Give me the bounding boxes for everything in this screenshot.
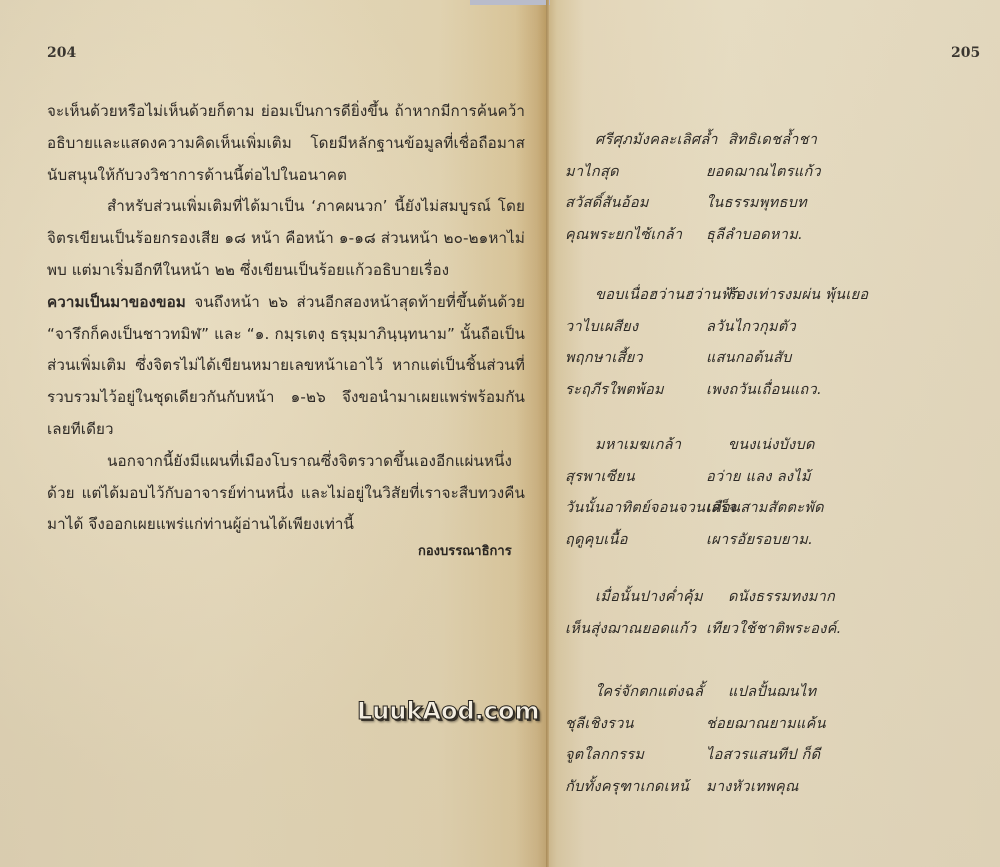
handwritten-line-left: ใคร่จักตกแต่งฉลั้ xyxy=(595,680,703,703)
handwritten-line-right: แปลปั้นฌนไท xyxy=(728,680,816,703)
handwritten-line-right: ร้องเท่ารงมผ่น พุ้นเยอ xyxy=(728,283,868,306)
paragraph-1: จะเห็นด้วยหรือไม่เห็นด้วยก็ตาม ย่อมเป็นก… xyxy=(47,96,525,191)
handwritten-line-left: เมื่อนั้นปางค่ำคุ้ม xyxy=(595,585,703,608)
background-strip xyxy=(470,0,550,5)
handwritten-line-left: ระฤภีรใพตพ้อม xyxy=(565,378,664,401)
handwritten-line-right: อว่าย แลง ลงไม้ xyxy=(706,465,811,488)
handwritten-line-right: เพงถวันเถื่อนแถว. xyxy=(706,378,822,401)
handwritten-line-right: ยอดฌาณไตรแก้ว xyxy=(706,160,821,183)
editorial-signature: กองบรรณาธิการ xyxy=(418,540,512,561)
handwritten-line-left: มหาเมฆเกล้า xyxy=(595,433,681,456)
handwritten-line-right: ธุลีลำบอดหาม. xyxy=(706,223,803,246)
handwritten-line-left: คุณพระยกไซ้เกล้า xyxy=(565,223,682,246)
handwritten-line-left: สุรพาเซียน xyxy=(565,465,635,488)
bold-title: ความเป็นมาของขอม xyxy=(47,293,186,311)
printed-text-block: จะเห็นด้วยหรือไม่เห็นด้วยก็ตาม ย่อมเป็นก… xyxy=(47,96,525,541)
handwritten-line-left: วาไบเผสียง xyxy=(565,315,638,338)
page-number-right: 205 xyxy=(951,45,980,61)
handwritten-line-right: เทียวใช้ชาติพระองค์. xyxy=(706,617,842,640)
handwritten-line-right: แสนกอต้นสับ xyxy=(706,346,792,369)
page-number-left: 204 xyxy=(47,45,76,61)
handwritten-line-left: ศรีศุภมังคละเลิศล้ำ xyxy=(595,128,718,151)
handwritten-line-right: เดือนสามสัตตะพัด xyxy=(706,496,824,519)
handwritten-line-right: สิทธิเดชล้ำชา xyxy=(728,128,817,151)
handwritten-line-right: ช่อยฌาณยามแค้น xyxy=(706,712,826,735)
handwritten-line-right: ลวันไกวกุมตัว xyxy=(706,315,796,338)
handwritten-line-left: สวัสดิ์สันอ้อม xyxy=(565,191,649,214)
handwritten-line-left: จูตใลกกรรม xyxy=(565,743,644,766)
paragraph-2: สำหรับส่วนเพิ่มเติมที่ได้มาเป็น ‘ภาคผนวก… xyxy=(47,191,525,286)
paragraph-4: นอกจากนี้ยังมีแผนที่เมืองโบราณซึ่งจิตรวา… xyxy=(47,446,525,541)
handwritten-line-right: ในธรรมพุทธบท xyxy=(706,191,807,214)
paragraph-3-text: จนถึงหน้า ๒๖ ส่วนอีกสองหน้าสุดท้ายที่ขึ้… xyxy=(47,293,525,438)
handwritten-line-left: ชุลีเชิงรวน xyxy=(565,712,634,735)
book-spine xyxy=(546,0,549,867)
watermark: LuukAod.com xyxy=(357,697,540,725)
handwritten-line-right: ขนงเน่งบังบด xyxy=(728,433,815,456)
handwritten-line-left: เห็นสุ่งฌาณยอดแก้ว xyxy=(565,617,696,640)
handwritten-line-left: ฤดูคุบเนื้อ xyxy=(565,528,628,551)
handwritten-line-right: มางหัวเทพคุณ xyxy=(706,775,799,798)
open-book-photo: 204 205 จะเห็นด้วยหรือไม่เห็นด้วยก็ตาม ย… xyxy=(0,0,1000,867)
handwritten-line-right: เผารอัยรอบยาม. xyxy=(706,528,813,551)
handwritten-line-left: พฤกษาเสี้ยว xyxy=(565,346,643,369)
paragraph-3: ความเป็นมาของขอม จนถึงหน้า ๒๖ ส่วนอีกสอง… xyxy=(47,287,525,446)
handwritten-line-left: กับทั้งครุฑาเกดเหน้ xyxy=(565,775,689,798)
handwritten-line-left: มาไกสุด xyxy=(565,160,619,183)
handwritten-line-right: ดนังธรรมทงมาก xyxy=(728,585,835,608)
handwritten-line-left: ขอบเนื่อฮว่านฮว่านฟ้า xyxy=(595,283,740,306)
handwritten-line-right: ไอสวรแสนทีป ก็ดี xyxy=(706,743,820,766)
